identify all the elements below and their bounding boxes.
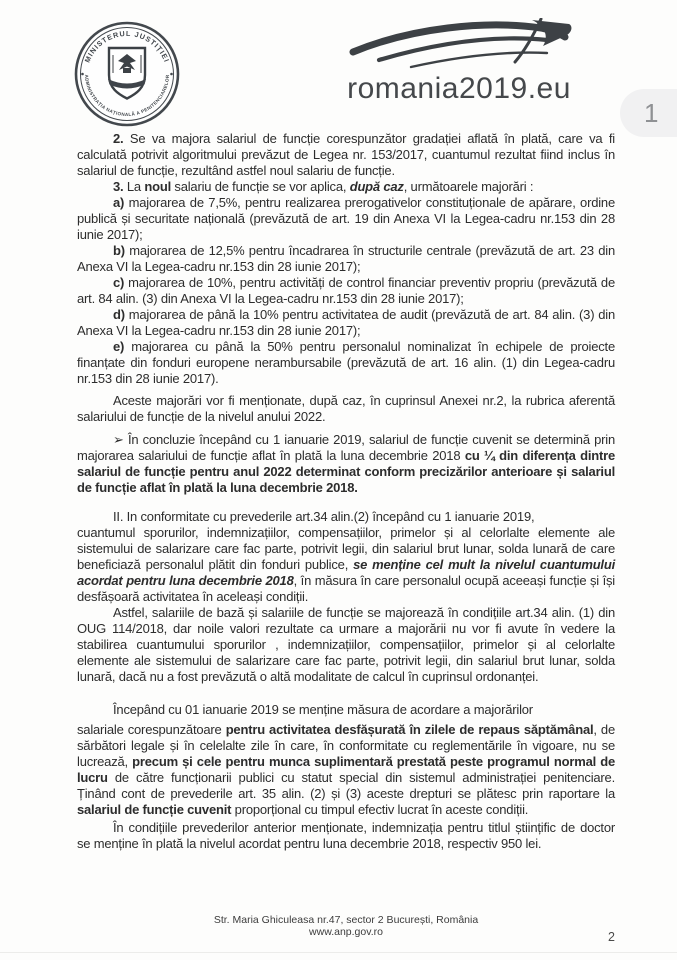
- text-run: e): [113, 339, 124, 354]
- paragraph: Aceste majorări vor fi menționate, după …: [77, 393, 615, 425]
- text-run: În condițiile prevederilor anterior menț…: [77, 820, 615, 851]
- text-run: La: [127, 179, 144, 194]
- wave-swoosh-icon: [345, 18, 573, 74]
- text-run: Astfel, salariile de bază și salariile d…: [77, 605, 615, 684]
- text-run: noul: [144, 179, 171, 194]
- text-run: pentru activitatea desfășurată în zilele…: [226, 722, 594, 737]
- text-run: d): [113, 307, 125, 322]
- paragraph: 3. La noul salariu de funcție se vor apl…: [77, 179, 615, 195]
- text-run: 2.: [113, 131, 130, 146]
- text-run: majorarea de 12,5% pentru încadrarea în …: [77, 243, 615, 274]
- paragraph: b) majorarea de 12,5% pentru încadrarea …: [77, 243, 615, 275]
- text-run: majorarea de 10%, pentru activități de c…: [77, 275, 615, 306]
- ministry-seal-icon: MINISTERUL JUSTIȚIEI ADMINISTRAȚIA NAȚIO…: [71, 19, 183, 129]
- text-run: II. In conformitate cu prevederile art.3…: [113, 509, 534, 524]
- text-run: majorarea cu până la 50% pentru personal…: [77, 339, 615, 386]
- document-body: 2. Se va majora salariul de funcție core…: [77, 131, 615, 852]
- paragraph: Astfel, salariile de bază și salariile d…: [77, 605, 615, 685]
- text-run: b): [113, 243, 125, 258]
- text-run: salariul de funcție cuvenit: [77, 802, 231, 817]
- page-bottom-divider: [0, 952, 677, 953]
- viewer-page-badge: 1: [620, 89, 677, 137]
- page-number: 2: [608, 930, 615, 944]
- paragraph: 2. Se va majora salariul de funcție core…: [77, 131, 615, 179]
- text-run: c): [113, 275, 124, 290]
- footer-website: www.anp.gov.ro: [77, 926, 615, 938]
- text-run: proporțional cu timpul efectiv lucrat în…: [231, 802, 528, 817]
- footer-address: Str. Maria Ghiculeasa nr.47, sector 2 Bu…: [77, 914, 615, 926]
- paragraph: salariale corespunzătoare pentru activit…: [77, 722, 615, 818]
- paragraph: În condițiile prevederilor anterior menț…: [77, 820, 615, 852]
- text-run: a): [113, 195, 124, 210]
- text-run: Începând cu 01 ianuarie 2019 se menține …: [113, 702, 533, 717]
- text-run: de către funcționarii publici cu statut …: [77, 770, 615, 801]
- paragraph: d) majorarea de până la 10% pentru activ…: [77, 307, 615, 339]
- brand-wordmark: romania2019.eu: [336, 73, 582, 105]
- text-run: salariu de funcție se vor aplica,: [171, 179, 350, 194]
- document-footer: Str. Maria Ghiculeasa nr.47, sector 2 Bu…: [77, 914, 615, 938]
- text-run: Se va majora salariul de funcție corespu…: [77, 131, 615, 178]
- paragraph: a) majorarea de 7,5%, pentru realizarea …: [77, 195, 615, 243]
- viewer-page-badge-number: 1: [644, 98, 658, 129]
- text-run: majorarea de până la 10% pentru activita…: [77, 307, 615, 338]
- text-run: 3.: [113, 179, 127, 194]
- paragraph: II. In conformitate cu prevederile art.3…: [77, 509, 615, 525]
- text-run: , următoarele majorări :: [404, 179, 534, 194]
- text-run: Aceste majorări vor fi menționate, după …: [77, 393, 615, 424]
- paragraph: ➢ În concluzie începând cu 1 ianuarie 20…: [77, 432, 615, 496]
- document-page: MINISTERUL JUSTIȚIEI ADMINISTRAȚIA NAȚIO…: [0, 0, 677, 960]
- text-run: majorarea de 7,5%, pentru realizarea pre…: [77, 195, 615, 242]
- text-run: salariale corespunzătoare: [77, 722, 226, 737]
- text-run: după caz: [350, 179, 404, 194]
- paragraph: Începând cu 01 ianuarie 2019 se menține …: [77, 702, 615, 718]
- romania2019-logo: romania2019.eu: [336, 18, 582, 105]
- paragraph: cuantumul sporurilor, indemnizațiilor, c…: [77, 525, 615, 605]
- paragraph: c) majorarea de 10%, pentru activități d…: [77, 275, 615, 307]
- paragraph: e) majorarea cu până la 50% pentru perso…: [77, 339, 615, 387]
